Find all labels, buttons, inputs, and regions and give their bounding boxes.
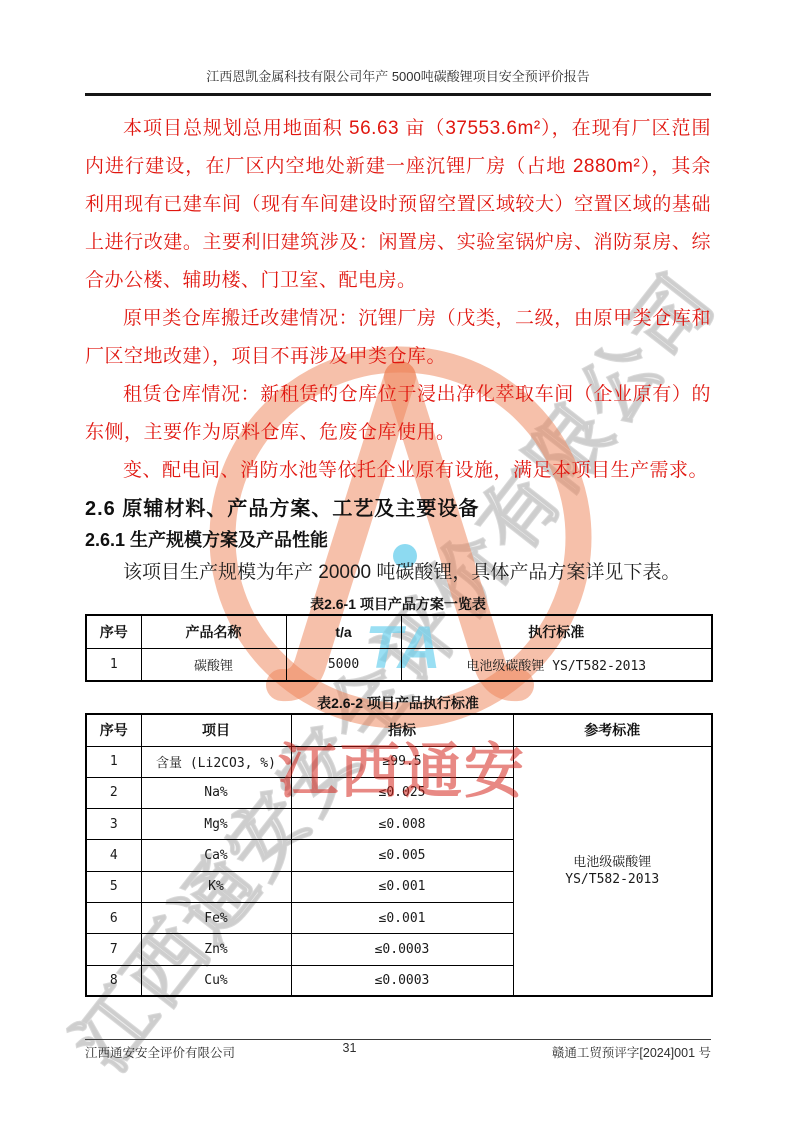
table-row: 1 含量 (Li2CO3, %) ≥99.5 电池级碳酸锂 YS/T582-20… <box>86 746 712 777</box>
header-rule <box>85 93 711 96</box>
table2-cell: K% <box>141 871 291 902</box>
table1-cell: 1 <box>86 648 141 681</box>
product-standard-table: 序号 项目 指标 参考标准 1 含量 (Li2CO3, %) ≥99.5 电池级… <box>85 713 713 997</box>
main-content: 本项目总规划总用地面积 56.63 亩（37553.6m²），在现有厂区范围内进… <box>85 110 711 997</box>
reference-line: 电池级碳酸锂 <box>514 854 712 871</box>
table2-cell: ≥99.5 <box>291 746 513 777</box>
footer-page-number: 31 <box>343 1041 357 1055</box>
table2-cell: Zn% <box>141 934 291 965</box>
table2-cell: ≤0.0003 <box>291 965 513 996</box>
table2-header-cell: 指标 <box>291 714 513 746</box>
table2-cell: Cu% <box>141 965 291 996</box>
table1-header-cell: 产品名称 <box>141 615 286 648</box>
footer-company-name: 江西通安安全评价有限公司 <box>85 1043 235 1061</box>
table2-cell: 6 <box>86 902 141 933</box>
table2-cell: ≤0.0003 <box>291 934 513 965</box>
reference-line: YS/T582-2013 <box>514 871 712 888</box>
reference-standard-cell: 电池级碳酸锂 YS/T582-2013 <box>513 746 712 996</box>
table1-header-cell: 执行标准 <box>401 615 712 648</box>
table2-header-cell: 参考标准 <box>513 714 712 746</box>
product-scheme-table: 序号 产品名称 t/a 执行标准 1 碳酸锂 5000 电池级碳酸锂 YS/T5… <box>85 614 713 682</box>
table2-cell: 4 <box>86 840 141 871</box>
table2-cell: 1 <box>86 746 141 777</box>
table2-cell: 2 <box>86 777 141 808</box>
table2-cell: Ca% <box>141 840 291 871</box>
body-paragraph: 租赁仓库情况：新租赁的仓库位于浸出净化萃取车间（企业原有）的东侧，主要作为原料仓… <box>85 376 711 452</box>
table2-cell: 含量 (Li2CO3, %) <box>141 746 291 777</box>
intro-paragraph: 该项目生产规模为年产 20000 吨碳酸锂，具体产品方案详见下表。 <box>85 556 711 590</box>
table2-cell: 5 <box>86 871 141 902</box>
table2-header-cell: 序号 <box>86 714 141 746</box>
section-heading-2-6: 2.6 原辅材料、产品方案、工艺及主要设备 <box>85 496 711 522</box>
table2-cell: ≤0.001 <box>291 902 513 933</box>
table2-cell: ≤0.008 <box>291 809 513 840</box>
section-heading-2-6-1: 2.6.1 生产规模方案及产品性能 <box>85 528 711 552</box>
table1-cell: 碳酸锂 <box>141 648 286 681</box>
table2-cell: ≤0.025 <box>291 777 513 808</box>
table1-cell: 5000 <box>286 648 401 681</box>
table1-caption: 表2.6-1 项目产品方案一览表 <box>85 594 711 614</box>
table1-cell: 电池级碳酸锂 YS/T582-2013 <box>401 648 712 681</box>
table2-cell: Mg% <box>141 809 291 840</box>
table-header-row: 序号 项目 指标 参考标准 <box>86 714 712 746</box>
table2-cell: ≤0.005 <box>291 840 513 871</box>
table2-header-cell: 项目 <box>141 714 291 746</box>
table1-header-cell: t/a <box>286 615 401 648</box>
footer-rule <box>85 1039 711 1040</box>
page-header-title: 江西恩凯金属科技有限公司年产 5000吨碳酸锂项目安全预评价报告 <box>85 66 711 85</box>
table2-cell: 7 <box>86 934 141 965</box>
table2-cell: 8 <box>86 965 141 996</box>
table2-cell: 3 <box>86 809 141 840</box>
body-paragraph: 原甲类仓库搬迁改建情况：沉锂厂房（戊类，二级，由原甲类仓库和厂区空地改建），项目… <box>85 300 711 376</box>
table-row: 1 碳酸锂 5000 电池级碳酸锂 YS/T582-2013 <box>86 648 712 681</box>
table2-cell: Na% <box>141 777 291 808</box>
table1-header-cell: 序号 <box>86 615 141 648</box>
table2-caption: 表2.6-2 项目产品执行标准 <box>85 693 711 713</box>
table2-cell: Fe% <box>141 902 291 933</box>
document-page: 江西通安安全评价有限公司 TA 江西通安 江西恩凯金属科技有限公司年产 5000… <box>0 0 793 1122</box>
body-paragraph: 变、配电间、消防水池等依托企业原有设施，满足本项目生产需求。 <box>85 452 711 490</box>
body-paragraph: 本项目总规划总用地面积 56.63 亩（37553.6m²），在现有厂区范围内进… <box>85 110 711 300</box>
table2-cell: ≤0.001 <box>291 871 513 902</box>
table-header-row: 序号 产品名称 t/a 执行标准 <box>86 615 712 648</box>
